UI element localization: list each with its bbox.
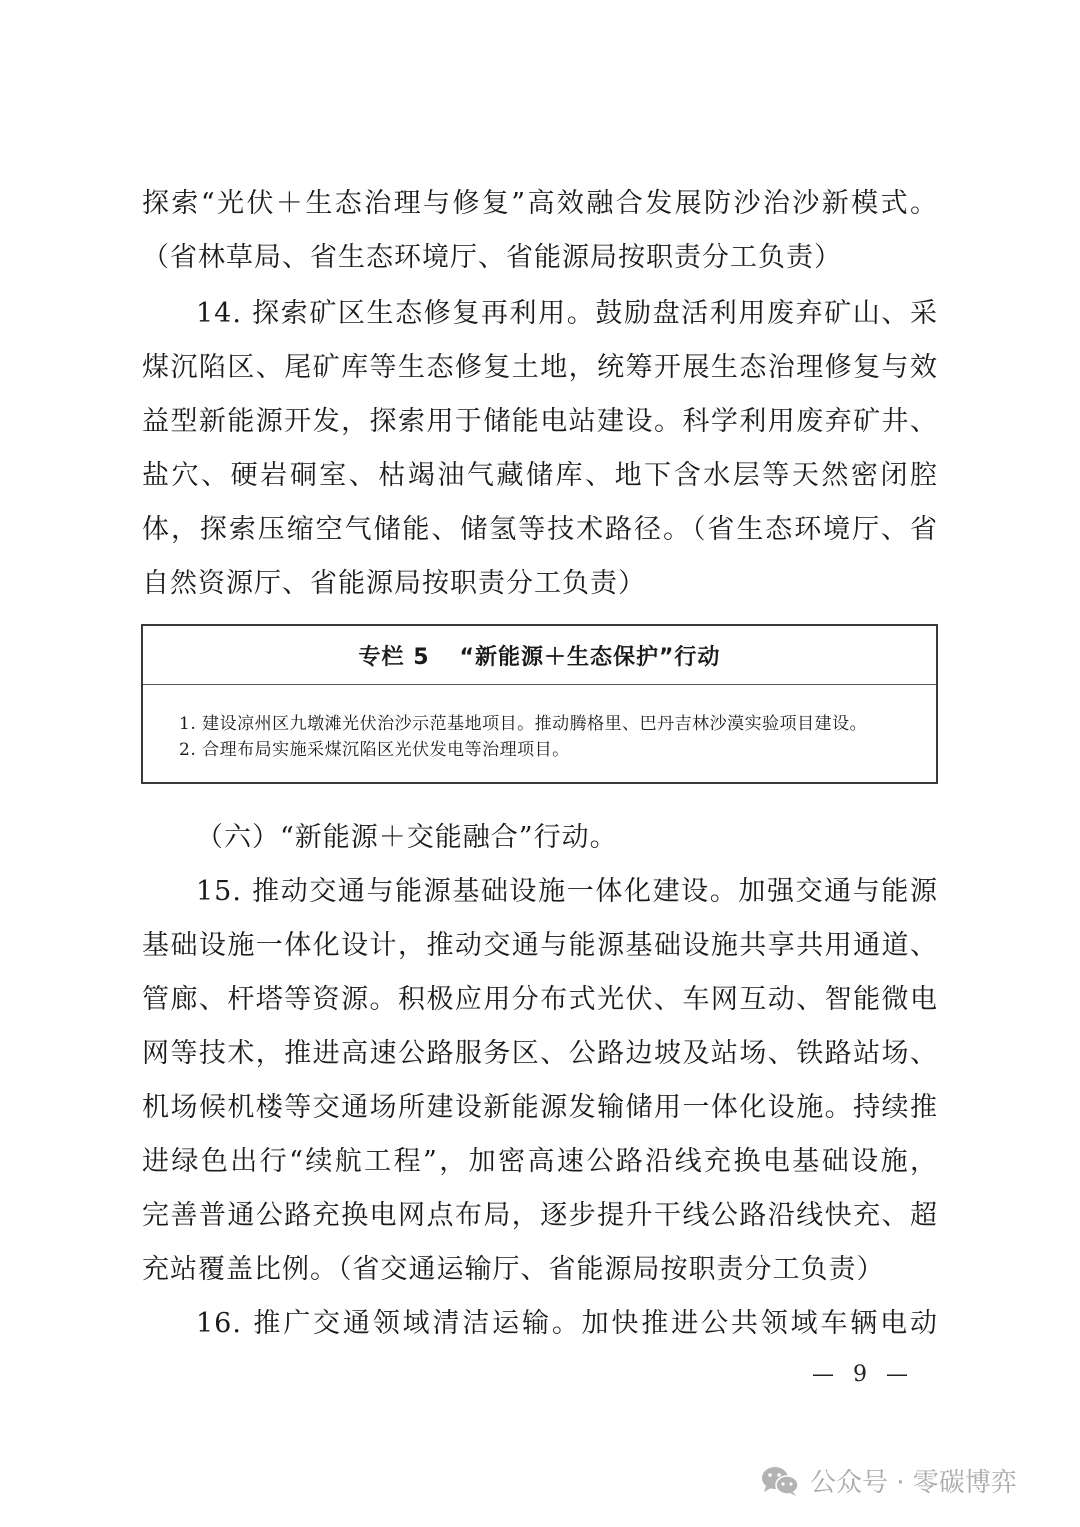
body-line: 充站覆盖比例。（省交通运输厅、省能源局按职责分工负责） [142, 1250, 938, 1290]
page-number: — 9 — [812, 1362, 914, 1387]
body-line: 进绿色出行“续航工程”，加密高速公路沿线充换电基础设施， [142, 1142, 938, 1182]
wechat-icon [760, 1465, 800, 1497]
document-page: 探索“光伏＋生态治理与修复”高效融合发展防沙治沙新模式。 （省林草局、省生态环境… [0, 0, 1080, 1527]
body-line: 体，探索压缩空气储能、储氢等技术路径。（省生态环境厅、省 [142, 510, 938, 550]
body-line: 机场候机楼等交通场所建设新能源发输储用一体化设施。持续推 [142, 1088, 938, 1128]
body-line: 探索“光伏＋生态治理与修复”高效融合发展防沙治沙新模式。 [142, 184, 938, 224]
column-box-item: 1. 建设凉州区九墩滩光伏治沙示范基地项目。推动腾格里、巴丹吉林沙漠实验项目建设… [179, 712, 867, 736]
body-line: 煤沉陷区、尾矿库等生态修复土地，统筹开展生态治理修复与效 [142, 348, 938, 388]
column-box-title: “新能源＋生态保护”行动 [460, 640, 721, 671]
column-box: 专栏 5 “新能源＋生态保护”行动 1. 建设凉州区九墩滩光伏治沙示范基地项目。… [141, 624, 938, 784]
column-box-header: 专栏 5 “新能源＋生态保护”行动 [143, 626, 936, 685]
body-line: 网等技术，推进高速公路服务区、公路边坡及站场、铁路站场、 [142, 1034, 938, 1074]
watermark: 公众号 · 零碳博弈 [760, 1462, 1017, 1499]
body-line: 益型新能源开发，探索用于储能电站建设。科学利用废弃矿井、 [142, 402, 938, 442]
body-line: 15. 推动交通与能源基础设施一体化建设。加强交通与能源 [196, 872, 938, 912]
body-line: 基础设施一体化设计，推动交通与能源基础设施共享共用通道、 [142, 926, 938, 966]
section-heading: （六）“新能源＋交能融合”行动。 [196, 818, 938, 858]
body-line: 盐穴、硬岩硐室、枯竭油气藏储库、地下含水层等天然密闭腔 [142, 456, 938, 496]
body-line: 完善普通公路充换电网点布局，逐步提升干线公路沿线快充、超 [142, 1196, 938, 1236]
body-line: 14. 探索矿区生态修复再利用。鼓励盘活利用废弃矿山、采 [196, 294, 938, 334]
body-line: 管廊、杆塔等资源。积极应用分布式光伏、车网互动、智能微电 [142, 980, 938, 1020]
body-line: （省林草局、省生态环境厅、省能源局按职责分工负责） [142, 238, 938, 278]
column-box-label: 专栏 5 [359, 640, 430, 671]
body-line: 自然资源厅、省能源局按职责分工负责） [142, 564, 938, 604]
watermark-text: 公众号 · 零碳博弈 [810, 1462, 1017, 1499]
column-box-item: 2. 合理布局实施采煤沉陷区光伏发电等治理项目。 [179, 738, 570, 762]
body-line: 16. 推广交通领域清洁运输。加快推进公共领域车辆电动 [196, 1304, 938, 1344]
